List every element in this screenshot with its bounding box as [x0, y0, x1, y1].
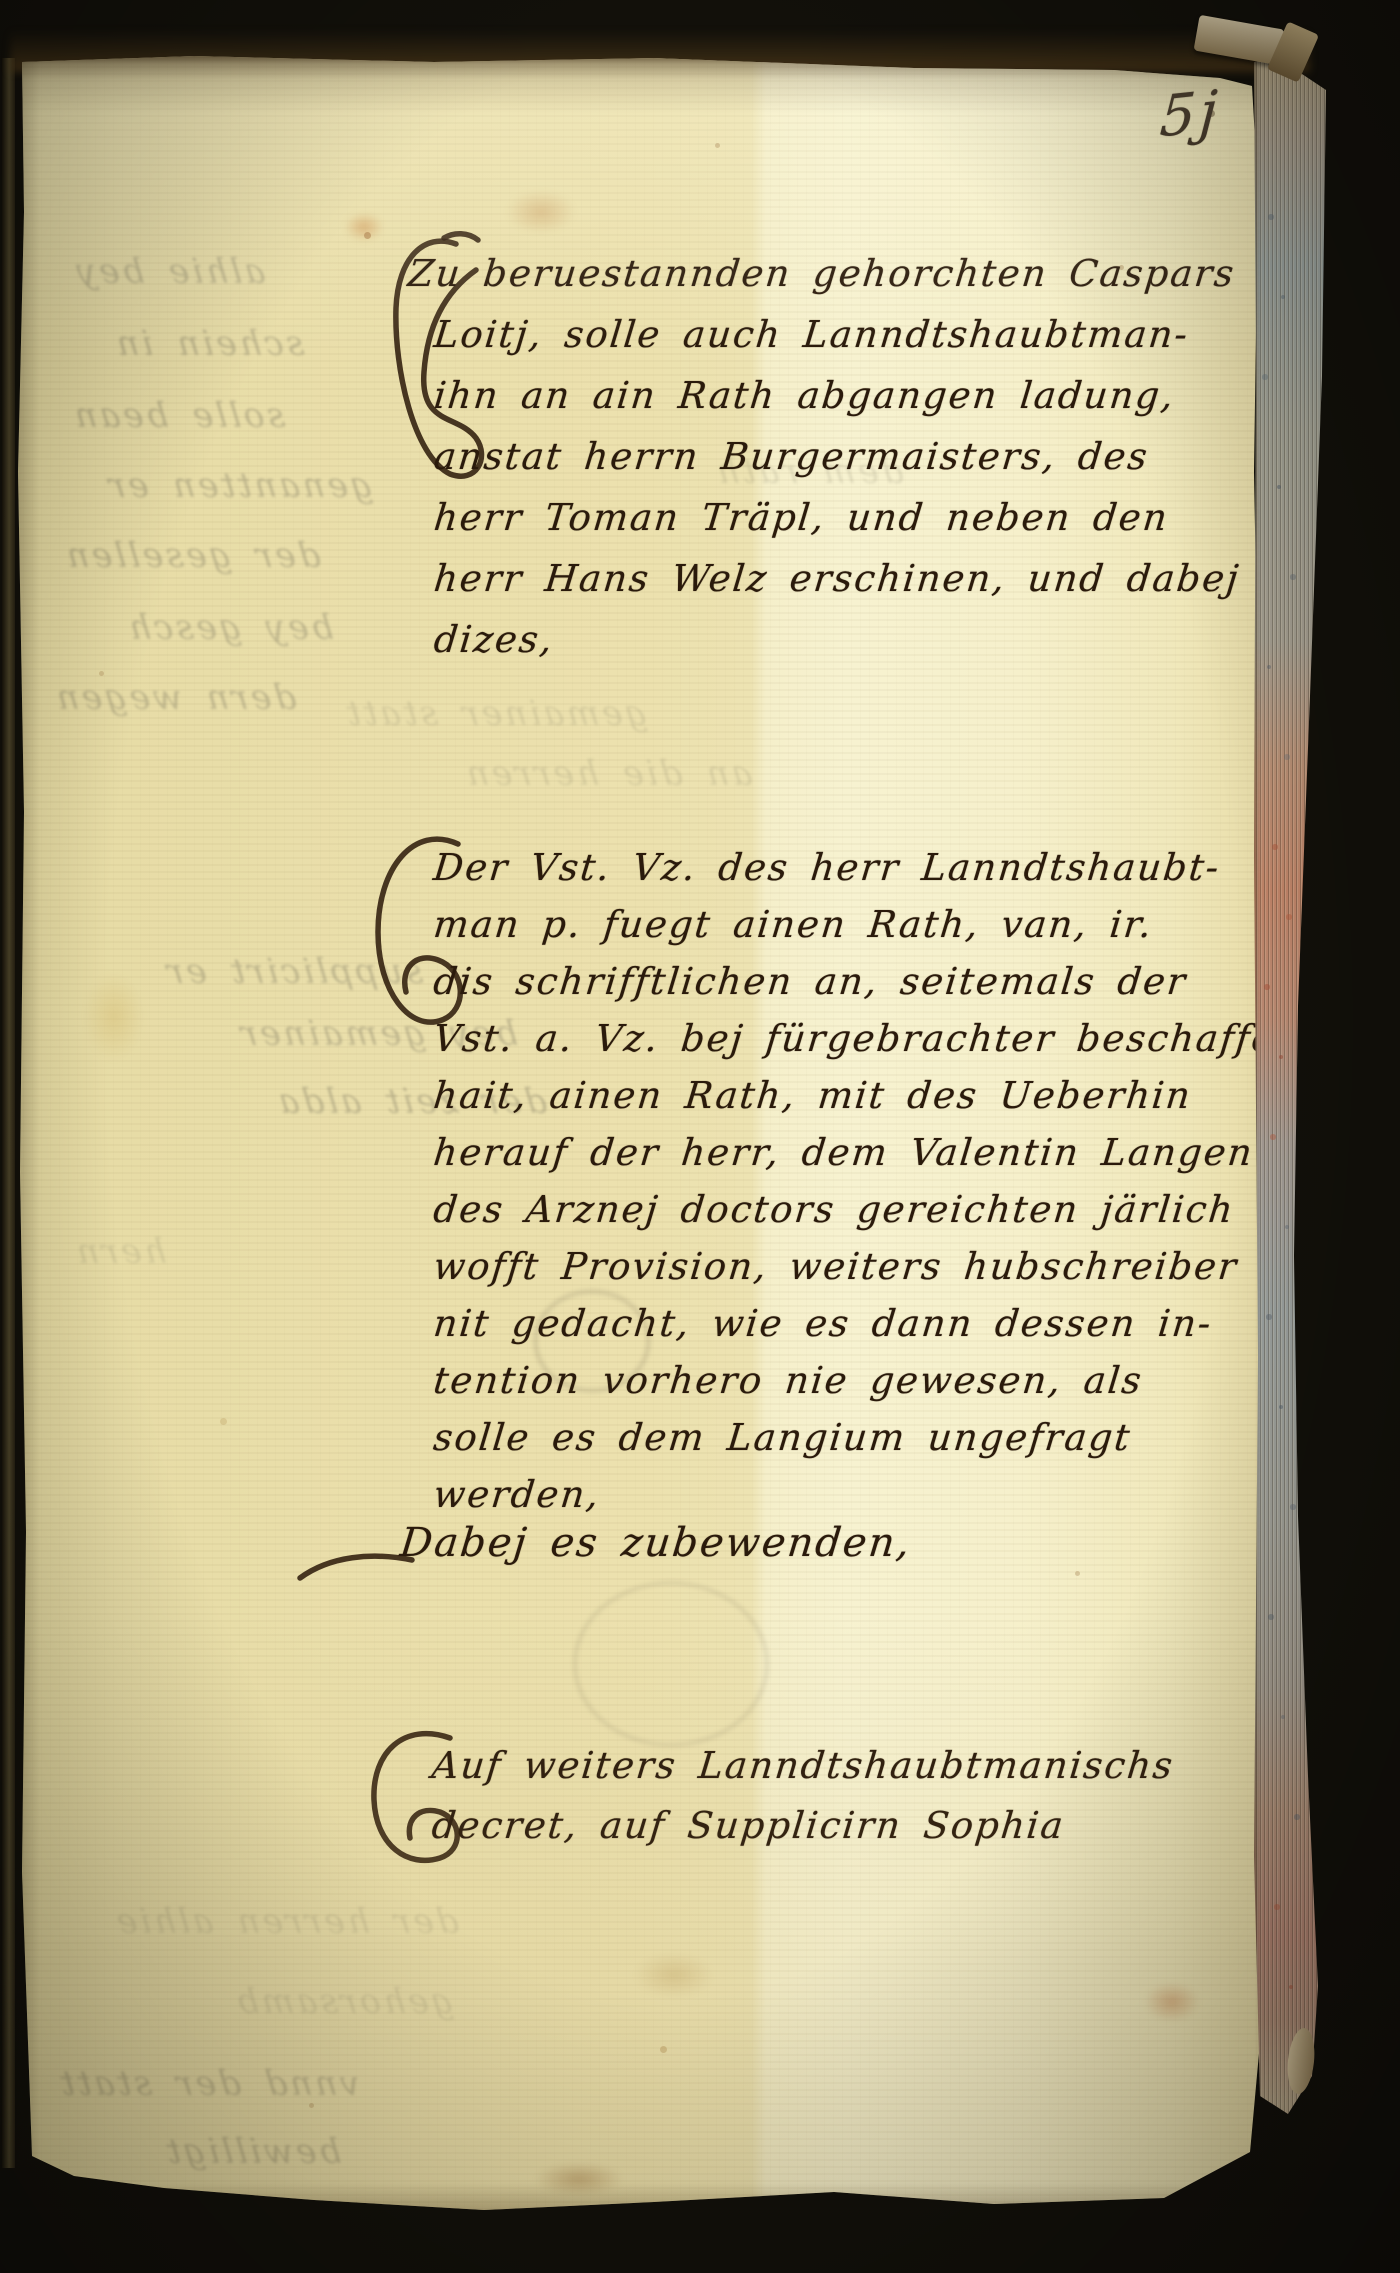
paragraph-1: Zu beruestannden gehorchten Caspars Loit… — [430, 252, 1236, 679]
bleed-through-line: an die herren — [462, 754, 754, 794]
handwriting-line: solle es dem Langium ungefragt — [430, 1416, 1318, 1473]
handwriting-line: des Arznej doctors gereichten järlich — [430, 1188, 1318, 1245]
yellow-stain — [84, 972, 144, 1062]
bleed-through-line: der herren alhie — [112, 1902, 461, 1942]
bleed-through-line: dern wegen — [52, 678, 298, 718]
handwriting-line: tention vorhero nie gewesen, als — [430, 1359, 1318, 1416]
bleed-through-line: solle bean — [70, 396, 287, 436]
closing-formula-line: Dabej es zubewenden, — [398, 1520, 914, 1566]
bleed-through-line: der gesellen — [62, 536, 322, 576]
paragraph-3: Auf weiters Lanndtshaubtmanischs decret,… — [428, 1744, 1170, 1864]
manuscript-page: alhie bey schein in solle bean genantten… — [14, 52, 1276, 2217]
handwriting-line: wofft Provision, weiters hubschreiber — [430, 1245, 1318, 1302]
handwriting-line: Loitj, solle auch Lanndtshaubtman- — [430, 313, 1242, 374]
handwriting-line: hait, ainen Rath, mit des Ueberhin — [430, 1074, 1318, 1131]
handwriting-line: dis schrifftlichen an, seitemals der — [430, 960, 1318, 1017]
folio-number: 5j — [1158, 78, 1223, 150]
handwriting-line: ihn an ain Rath abgangen ladung, — [430, 374, 1242, 435]
bleed-through-line: gehorsamb — [232, 1982, 455, 2022]
bleed-through-line: bewilligt — [162, 2132, 343, 2172]
handwriting-line: man p. fuegt ainen Rath, van, ir. — [430, 903, 1318, 960]
handwriting-line: herr Toman Träpl, und neben den — [430, 496, 1242, 557]
handwriting-line: dizes, — [430, 618, 1242, 679]
rust-stain — [506, 190, 576, 234]
handwriting-line: herauf der herr, dem Valentin Langen — [430, 1131, 1318, 1188]
rust-stain — [344, 212, 384, 242]
handwriting-line: anstat herrn Burgermaisters, des — [430, 435, 1242, 496]
book-fore-edge — [1252, 56, 1344, 2146]
bleed-through-line: hern — [72, 1232, 168, 1272]
handwriting-line: Vst. a. Vz. bej fürgebrachter beschaffen… — [430, 1017, 1318, 1074]
tan-stain — [634, 1952, 714, 1998]
paragraph-2: Der Vst. Vz. des herr Lanndtshaubt- man … — [430, 846, 1312, 1530]
handwriting-line: herr Hans Welz erschinen, und dabej — [430, 557, 1242, 618]
handwriting-line: Der Vst. Vz. des herr Lanndtshaubt- — [430, 846, 1318, 903]
bleed-through-line: schein in — [112, 324, 306, 364]
handwriting-line: decret, auf Supplicirn Sophia — [428, 1804, 1176, 1864]
handwriting-line: Auf weiters Lanndtshaubtmanischs — [428, 1744, 1176, 1804]
bleed-through-line: bey gesch — [124, 608, 335, 648]
bottom-edge-stain — [534, 2162, 624, 2196]
bleed-through-line: alhie bey — [72, 252, 267, 292]
handwriting-line: Zu beruestannden gehorchten Caspars — [404, 252, 1242, 313]
bleed-through-line: supplicirt er — [162, 952, 425, 992]
bleed-through-line: genantten er — [104, 466, 375, 506]
bleed-through-ring — [574, 1582, 768, 1746]
rust-stain — [1144, 1982, 1200, 2022]
bleed-through-line: vnnd der statt — [56, 2064, 361, 2104]
book-cover-edge — [2, 58, 15, 2168]
handwriting-line: nit gedacht, wie es dann dessen in- — [430, 1302, 1318, 1359]
scanned-book-photo: alhie bey schein in solle bean genantten… — [0, 0, 1400, 2273]
bleed-through-line: gemainer statt — [342, 694, 649, 734]
